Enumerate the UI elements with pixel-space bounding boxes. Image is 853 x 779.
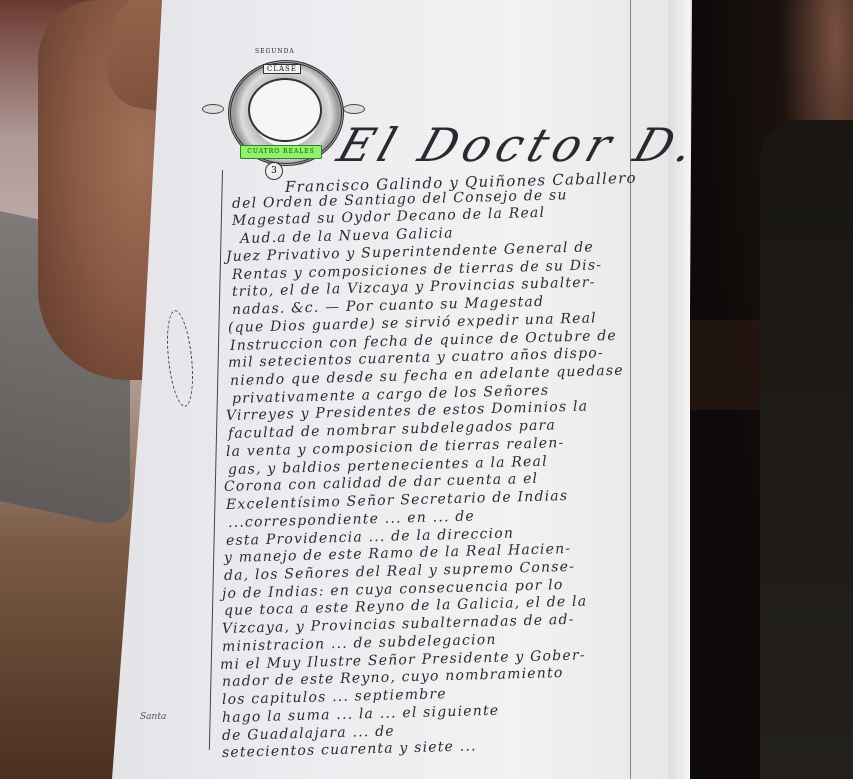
margin-note: Santa xyxy=(140,712,166,722)
background-person-shirt xyxy=(760,120,853,779)
document-headline: El Doctor D. xyxy=(331,118,706,172)
stamp-class-label: CLASE xyxy=(263,64,301,74)
stamp-number: 3 xyxy=(265,162,283,180)
stamp-ornament-left-icon xyxy=(202,104,224,114)
stamp-inner-oval xyxy=(248,78,322,142)
page-edge xyxy=(668,0,690,779)
stamp-top-label: SEGUNDA xyxy=(255,48,295,55)
stamp-value-band: CUATRO REALES xyxy=(240,145,322,159)
background-wood-detail xyxy=(680,320,760,410)
stamp-ornament-right-icon xyxy=(343,104,365,114)
right-margin-rule xyxy=(630,0,631,779)
